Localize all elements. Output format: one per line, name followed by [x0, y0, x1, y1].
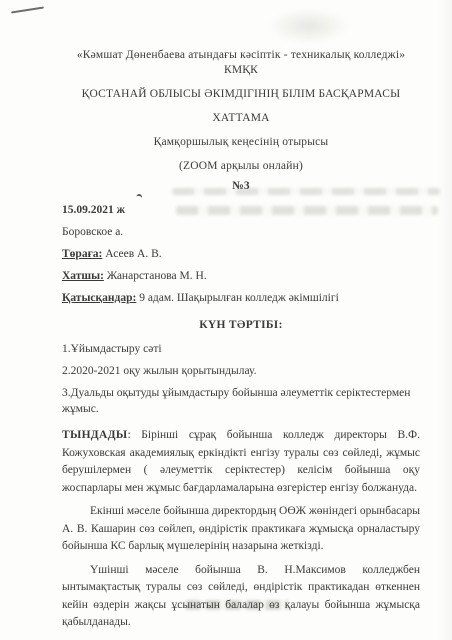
pen-stroke-artifact [11, 6, 44, 13]
secretary-label: Хатшы: [62, 270, 104, 282]
body-paragraph-2: Екінші мәселе бойынша директордың ОӨЖ жө… [62, 503, 420, 556]
doc-place: Боровское а. [62, 225, 420, 240]
heard-label: ТЫНДАДЫ [62, 429, 127, 441]
participants-row: Қатысқандар: 9 адам. Шақырылған колледж … [62, 291, 420, 306]
secretary-name: Жанарстанова М. Н. [107, 270, 207, 282]
doc-date: 15.09.2021 ж [62, 203, 420, 218]
scanned-protocol-page: «Кәмшат Дөненбаева атындағы кәсіптік - т… [0, 0, 452, 640]
meeting-subtitle: Қамқоршылық кеңесінің отырысы [62, 135, 420, 150]
agenda-item: 1.Ұйымдастыру сәті [62, 341, 420, 357]
college-name: «Кәмшат Дөненбаева атындағы кәсіптік - т… [62, 48, 420, 78]
body-text: ТЫНДАДЫ: Бірінші сұрақ бойынша колледж д… [62, 427, 420, 632]
format-note: (ZOOM арқылы онлайн) [62, 159, 420, 174]
participants-label: Қатысқандар: [62, 292, 136, 304]
meta-block: 15.09.2021 ж Боровское а. Төраға: Асеев … [62, 203, 420, 306]
chairman-row: Төраға: Асеев А. В. [62, 247, 420, 262]
heard-paragraph: ТЫНДАДЫ: Бірінші сұрақ бойынша колледж д… [62, 427, 420, 497]
document-header: «Кәмшат Дөненбаева атындағы кәсіптік - т… [62, 48, 420, 194]
chairman-label: Төраға: [62, 248, 102, 260]
agenda-item: 3.Дуальды оқытуды ұйымдастыру бойынша әл… [62, 385, 420, 417]
ink-showthrough-stamp [268, 8, 350, 44]
protocol-number: №3 [62, 179, 420, 194]
agenda-list: 1.Ұйымдастыру сәті 2.2020-2021 оқу жылын… [62, 341, 420, 417]
participants-value: 9 адам. Шақырылған колледж әкімшілігі [139, 292, 339, 304]
secretary-row: Хатшы: Жанарстанова М. Н. [62, 269, 420, 284]
body-paragraph-3: Үшінші мәселе бойынша В. Н.Максимов колл… [62, 562, 420, 632]
document-content: «Кәмшат Дөненбаева атындағы кәсіптік - т… [62, 48, 420, 638]
agenda-title: КҮН ТӘРТІБІ: [62, 318, 420, 333]
chairman-name: Асеев А. В. [105, 248, 161, 260]
agenda-item: 2.2020-2021 оқу жылын қорытындылау. [62, 363, 420, 379]
doc-type-title: ХАТТАМА [62, 111, 420, 126]
department-title: ҚОСТАНАЙ ОБЛЫСЫ ӘКІМДІГІНІҢ БІЛІМ БАСҚАР… [62, 87, 420, 102]
